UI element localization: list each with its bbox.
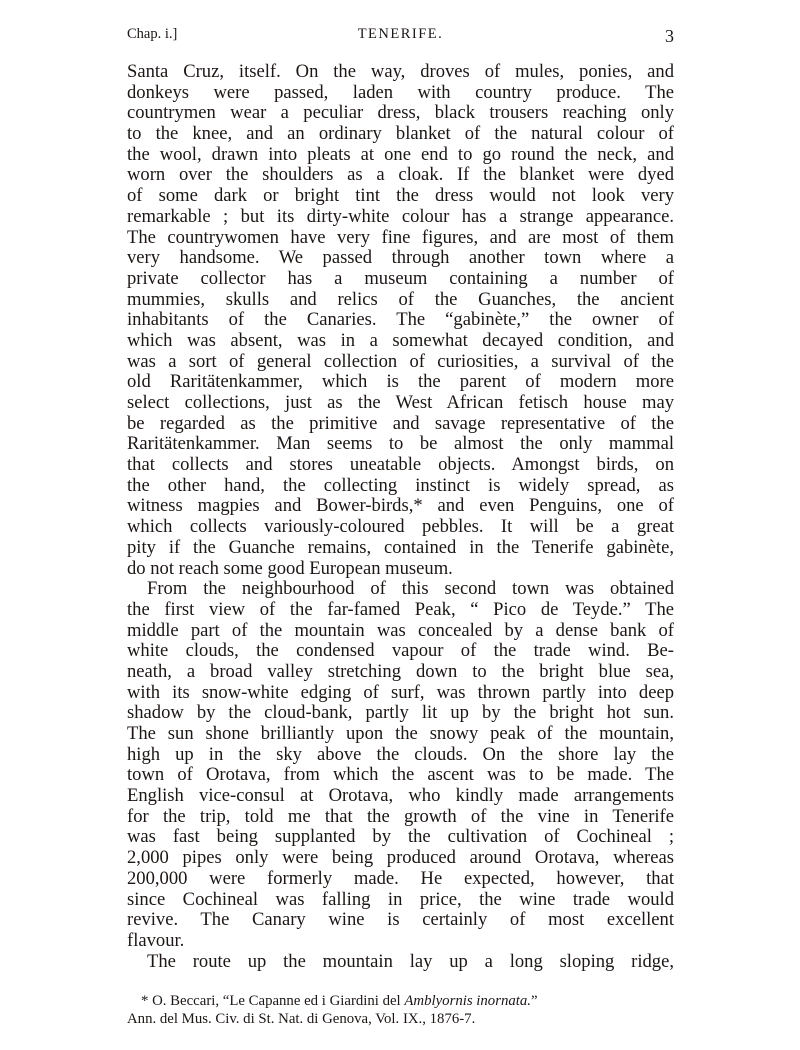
text-line: pity if the Guanche remains, contained i…	[127, 538, 674, 559]
text-line: Raritätenkammer. Man seems to be almost …	[127, 434, 674, 455]
text-line: remarkable ; but its dirty-white colour …	[127, 207, 674, 228]
text-line: which collects variously-coloured pebble…	[127, 517, 674, 538]
text-line: was a sort of general collection of curi…	[127, 352, 674, 373]
body-text: Santa Cruz, itself. On the way, droves o…	[127, 62, 674, 972]
footnote-species-name: Amblyornis inornata.	[404, 993, 531, 1009]
text-line: worn over the shoulders as a cloak. If t…	[127, 165, 674, 186]
text-line: which was absent, was in a somewhat deca…	[127, 331, 674, 352]
text-line: the first view of the far-famed Peak, “ …	[127, 600, 674, 621]
footnote-line: Ann. del Mus. Civ. di St. Nat. di Genova…	[127, 1010, 674, 1028]
text-line: since Cochineal was falling in price, th…	[127, 890, 674, 911]
text-line: 200,000 were formerly made. He expected,…	[127, 869, 674, 890]
footnote-line: * O. Beccari, “Le Capanne ed i Giardini …	[127, 992, 674, 1010]
text-line: The sun shone brilliantly upon the snowy…	[127, 724, 674, 745]
paragraph-start-line: From the neighbourhood of this second to…	[127, 579, 674, 600]
text-line: of some dark or bright tint the dress wo…	[127, 186, 674, 207]
text-line: for the trip, told me that the growth of…	[127, 807, 674, 828]
text-line: shadow by the cloud-bank, partly lit up …	[127, 703, 674, 724]
text-line: to the knee, and an ordinary blanket of …	[127, 124, 674, 145]
text-line: mummies, skulls and relics of the Guanch…	[127, 290, 674, 311]
running-head: Chap. i.] TENERIFE. 3	[127, 24, 674, 48]
text-line: that collects and stores uneatable objec…	[127, 455, 674, 476]
text-line: with its snow-white edging of surf, was …	[127, 683, 674, 704]
text-line: private collector has a museum containin…	[127, 269, 674, 290]
text-line: town of Orotava, from which the ascent w…	[127, 765, 674, 786]
footnote-citation-prefix: * O. Beccari, “Le Capanne ed i Giardini …	[141, 993, 404, 1009]
page-number: 3	[665, 26, 674, 47]
text-line: very handsome. We passed through another…	[127, 248, 674, 269]
text-line: middle part of the mountain was conceale…	[127, 621, 674, 642]
text-line: countrymen wear a peculiar dress, black …	[127, 103, 674, 124]
text-line: the other hand, the collecting instinct …	[127, 476, 674, 497]
text-line: neath, a broad valley stretching down to…	[127, 662, 674, 683]
text-line: revive. The Canary wine is certainly of …	[127, 910, 674, 931]
text-line: the wool, drawn into pleats at one end t…	[127, 145, 674, 166]
text-line: be regarded as the primitive and savage …	[127, 414, 674, 435]
text-line: donkeys were passed, laden with country …	[127, 83, 674, 104]
text-line: The countrywomen have very fine figures,…	[127, 228, 674, 249]
paragraph-start-line: The route up the mountain lay up a long …	[127, 952, 674, 973]
text-line: was fast being supplanted by the cultiva…	[127, 827, 674, 848]
text-line: old Raritätenkammer, which is the parent…	[127, 372, 674, 393]
footnote-citation-suffix: ”	[531, 993, 538, 1009]
text-line: inhabitants of the Canaries. The “gabinè…	[127, 310, 674, 331]
text-line: high up in the sky above the clouds. On …	[127, 745, 674, 766]
text-line: 2,000 pipes only were being produced aro…	[127, 848, 674, 869]
running-title: TENERIFE.	[127, 26, 674, 43]
text-line: select collections, just as the West Afr…	[127, 393, 674, 414]
text-line: English vice-consul at Orotava, who kind…	[127, 786, 674, 807]
text-line: Santa Cruz, itself. On the way, droves o…	[127, 62, 674, 83]
footnote: * O. Beccari, “Le Capanne ed i Giardini …	[127, 992, 674, 1028]
text-line: white clouds, the condensed vapour of th…	[127, 641, 674, 662]
text-line: flavour.	[127, 931, 674, 952]
text-line: witness magpies and Bower-birds,* and ev…	[127, 496, 674, 517]
text-line: do not reach some good European museum.	[127, 559, 674, 580]
